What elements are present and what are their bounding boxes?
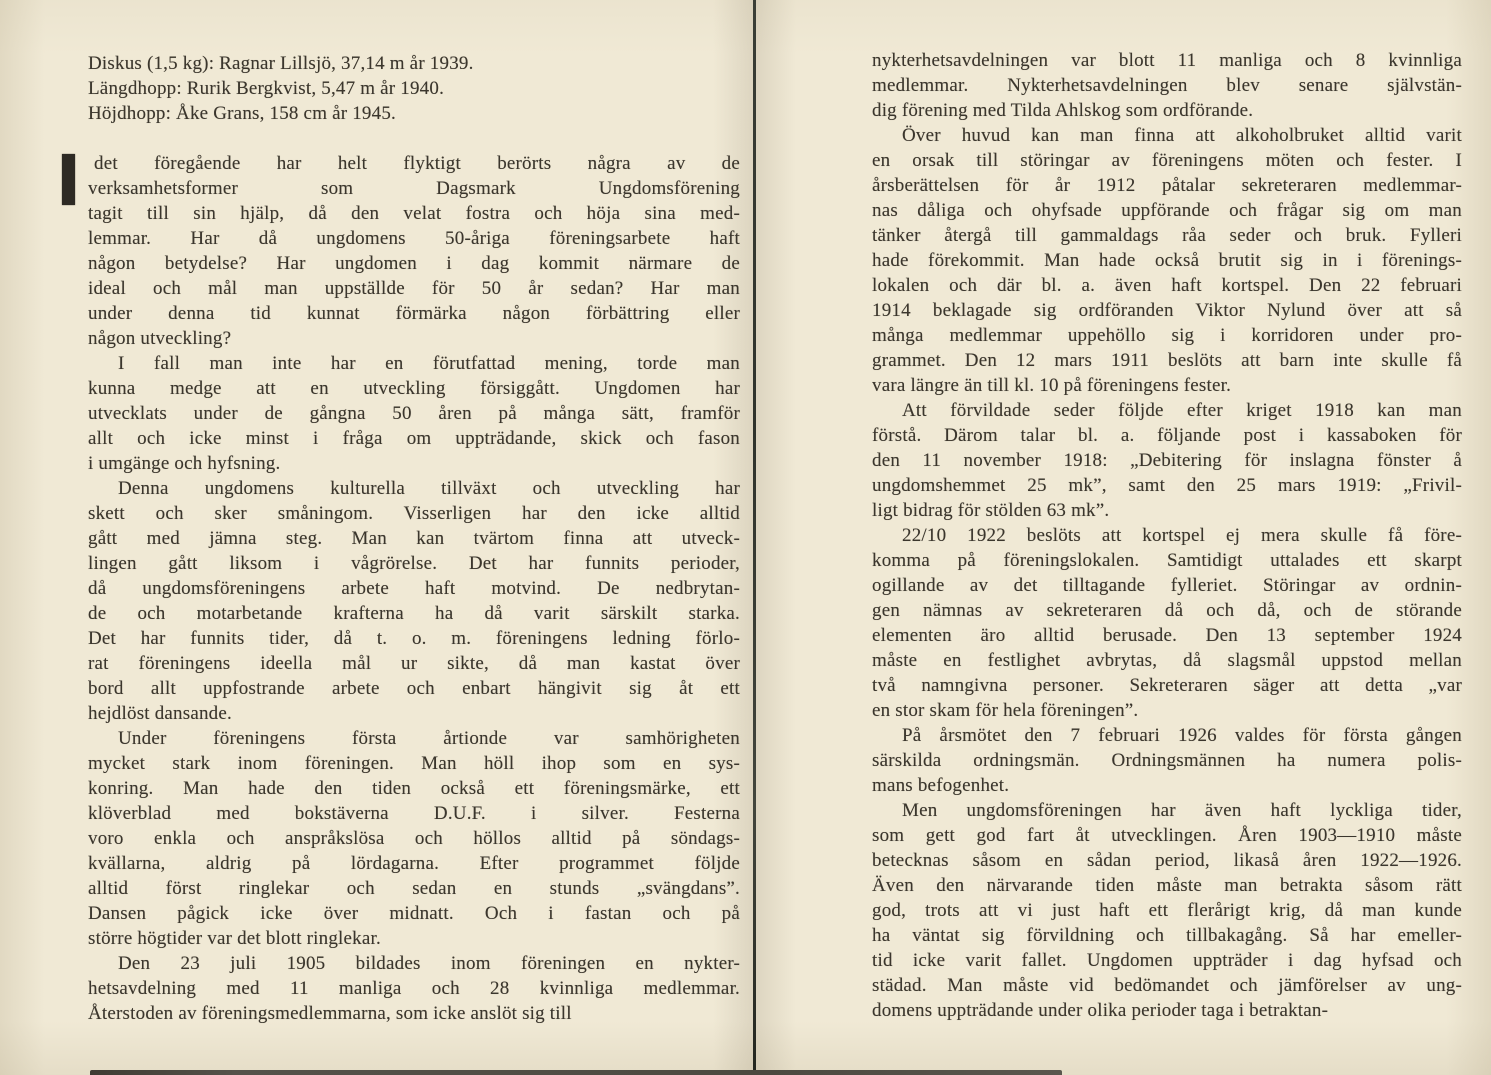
paragraph: I fall man inte har en förutfattad menin… bbox=[88, 351, 740, 476]
text-line: en orsak till störingar av föreningens m… bbox=[872, 148, 1462, 173]
text-line: ideal och mål man uppställde för 50 år s… bbox=[88, 276, 740, 301]
book-gutter-line bbox=[753, 0, 756, 1075]
text-line: tagit till sin hjälp, då den velat fostr… bbox=[88, 201, 740, 226]
text-line: Över huvud kan man finna att alkoholbruk… bbox=[872, 123, 1462, 148]
text-line: lingen gått liksom i vågrörelse. Det har… bbox=[88, 551, 740, 576]
text-line: allt och icke minst i fråga om uppträdan… bbox=[88, 426, 740, 451]
text-line: de och motarbetande krafterna ha då vari… bbox=[88, 601, 740, 626]
text-line: någon utveckling? bbox=[88, 326, 740, 351]
text-line: Att förvildade seder följde efter kriget… bbox=[872, 398, 1462, 423]
text-line: rat föreningens ideella mål ur sikte, då… bbox=[88, 651, 740, 676]
text-line: förstå. Därom talar bl. a. följande post… bbox=[872, 423, 1462, 448]
text-line: voro enkla och anspråkslösa och höllos a… bbox=[88, 826, 740, 851]
text-line: Under föreningens första årtionde var sa… bbox=[88, 726, 740, 751]
text-line: bord allt uppfostrande arbete och enbart… bbox=[88, 676, 740, 701]
text-line: kvällarna, aldrig på lördagarna. Efter p… bbox=[88, 851, 740, 876]
text-line: ligt bidrag för stölden 63 mk”. bbox=[872, 498, 1462, 523]
paragraph: Den 23 juli 1905 bildades inom föreninge… bbox=[88, 951, 740, 1026]
text-line: Dansen pågick icke över midnatt. Och i f… bbox=[88, 901, 740, 926]
text-line: hejdlöst dansande. bbox=[88, 701, 740, 726]
text-line: under denna tid kunnat förmärka någon fö… bbox=[88, 301, 740, 326]
text-line: någon betydelse? Har ungdomen i dag komm… bbox=[88, 251, 740, 276]
paragraph: nykterhetsavdelningen var blott 11 manli… bbox=[872, 48, 1462, 123]
text-line: tid icke varit fallet. Ungdomen uppträde… bbox=[872, 948, 1462, 973]
records-block: Diskus (1,5 kg): Ragnar Lillsjö, 37,14 m… bbox=[88, 51, 740, 126]
text-line: hade förekommit. Man hade också brutit s… bbox=[872, 248, 1462, 273]
text-line: medlemmar. Nykterhetsavdelningen blev se… bbox=[872, 73, 1462, 98]
text-line: 1914 beklagade sig ordföranden Viktor Ny… bbox=[872, 298, 1462, 323]
text-line: en stor skam för hela föreningen”. bbox=[872, 698, 1462, 723]
text-line: Längdhopp: Rurik Bergkvist, 5,47 m år 19… bbox=[88, 76, 740, 101]
text-line: den 11 november 1918: „Debitering för in… bbox=[872, 448, 1462, 473]
text-line: städad. Man måste vid bedömandet och jäm… bbox=[872, 973, 1462, 998]
paragraph: Att förvildade seder följde efter kriget… bbox=[872, 398, 1462, 523]
text-line: komma på föreningslokalen. Samtidigt utt… bbox=[872, 548, 1462, 573]
text-line: mans befogenhet. bbox=[872, 773, 1462, 798]
text-line: 22/10 1922 beslöts att kortspel ej mera … bbox=[872, 523, 1462, 548]
text-line: Men ungdomsföreningen har även haft lyck… bbox=[872, 798, 1462, 823]
text-line: domens uppträdande under olika perioder … bbox=[872, 998, 1462, 1023]
text-line: utvecklats under de gångna 50 åren på må… bbox=[88, 401, 740, 426]
text-line: måste en festlighet avbrytas, då slagsmå… bbox=[872, 648, 1462, 673]
text-line: Det har funnits tider, då t. o. m. fören… bbox=[88, 626, 740, 651]
text-line: nas dåliga och ohyfsade uppförande och f… bbox=[872, 198, 1462, 223]
text-line: Den 23 juli 1905 bildades inom föreninge… bbox=[88, 951, 740, 976]
text-line: klöverblad med bokstäverna D.U.F. i silv… bbox=[88, 801, 740, 826]
text-line: lokalen och där bl. a. även haft kortspe… bbox=[872, 273, 1462, 298]
text-line: i umgänge och hyfsning. bbox=[88, 451, 740, 476]
text-line: god, trots att vi just haft ett flerårig… bbox=[872, 898, 1462, 923]
text-line: det föregående har helt flyktigt berörts… bbox=[88, 151, 740, 176]
text-line: som gett god fart åt utvecklingen. Åren … bbox=[872, 823, 1462, 848]
paragraph: Över huvud kan man finna att alkoholbruk… bbox=[872, 123, 1462, 398]
text-line: alltid först ringlekar och sedan en stun… bbox=[88, 876, 740, 901]
text-line: dig förening med Tilda Ahlskog som ordfö… bbox=[872, 98, 1462, 123]
text-line: ungdomshemmet 25 mk”, samt den 25 mars 1… bbox=[872, 473, 1462, 498]
text-line: skett och sker småningom. Visserligen ha… bbox=[88, 501, 740, 526]
text-line: betecknas såsom en sådan period, likaså … bbox=[872, 848, 1462, 873]
text-line: då ungdomsföreningens arbete haft motvin… bbox=[88, 576, 740, 601]
paragraph: Men ungdomsföreningen har även haft lyck… bbox=[872, 798, 1462, 1023]
text-line: ogillande av det tilltagande fylleriet. … bbox=[872, 573, 1462, 598]
text-line: gått med jämna steg. Man kan tvärtom fin… bbox=[88, 526, 740, 551]
text-line: I fall man inte har en förutfattad menin… bbox=[88, 351, 740, 376]
text-line: ha väntat sig förvildning och tillbakagå… bbox=[872, 923, 1462, 948]
text-line: många medlemmar uppehöllo sig i korridor… bbox=[872, 323, 1462, 348]
text-line: Återstoden av föreningsmedlemmarna, som … bbox=[88, 1001, 740, 1026]
text-line: konring. Man hade den tiden också ett fö… bbox=[88, 776, 740, 801]
text-line: gen nämnas av sekreteraren då och då, oc… bbox=[872, 598, 1462, 623]
paragraph: Denna ungdomens kulturella tillväxt och … bbox=[88, 476, 740, 726]
text-line: lemmar. Har då ungdomens 50-åriga föreni… bbox=[88, 226, 740, 251]
page-right-text-column: nykterhetsavdelningen var blott 11 manli… bbox=[872, 48, 1462, 1023]
text-line: Denna ungdomens kulturella tillväxt och … bbox=[88, 476, 740, 501]
text-line: vara längre än till kl. 10 på föreningen… bbox=[872, 373, 1462, 398]
text-line: grammet. Den 12 mars 1911 beslöts att ba… bbox=[872, 348, 1462, 373]
drop-cap-initial-I bbox=[62, 154, 75, 205]
paragraph: det föregående har helt flyktigt berörts… bbox=[88, 151, 740, 351]
text-line: två namngivna personer. Sekreteraren säg… bbox=[872, 673, 1462, 698]
text-line: elementen äro alltid berusade. Den 13 se… bbox=[872, 623, 1462, 648]
text-line: årsberättelsen för år 1912 påtalar sekre… bbox=[872, 173, 1462, 198]
text-line: särskilda ordningsmän. Ordningsmännen ha… bbox=[872, 748, 1462, 773]
book-spread: Diskus (1,5 kg): Ragnar Lillsjö, 37,14 m… bbox=[0, 0, 1491, 1075]
text-line: kunna medge att en utveckling försiggått… bbox=[88, 376, 740, 401]
book-edge-shadow bbox=[90, 1070, 1062, 1075]
text-line: tänker återgå till gammaldags råa seder … bbox=[872, 223, 1462, 248]
text-line: På årsmötet den 7 februari 1926 valdes f… bbox=[872, 723, 1462, 748]
paragraph: Under föreningens första årtionde var sa… bbox=[88, 726, 740, 951]
paragraph: 22/10 1922 beslöts att kortspel ej mera … bbox=[872, 523, 1462, 723]
text-line: mycket stark inom föreningen. Man höll i… bbox=[88, 751, 740, 776]
gutter-shadow-right bbox=[756, 0, 796, 1075]
text-line: större högtider var det blott ringlekar. bbox=[88, 926, 740, 951]
text-line: hetsavdelning med 11 manliga och 28 kvin… bbox=[88, 976, 740, 1001]
text-line: Höjdhopp: Åke Grans, 158 cm år 1945. bbox=[88, 101, 740, 126]
paragraph: På årsmötet den 7 februari 1926 valdes f… bbox=[872, 723, 1462, 798]
text-line: Även den närvarande tiden måste man betr… bbox=[872, 873, 1462, 898]
page-left-text-column: Diskus (1,5 kg): Ragnar Lillsjö, 37,14 m… bbox=[88, 51, 740, 1026]
text-line: nykterhetsavdelningen var blott 11 manli… bbox=[872, 48, 1462, 73]
text-line: verksamhetsformer som Dagsmark Ungdomsfö… bbox=[88, 176, 740, 201]
text-line: Diskus (1,5 kg): Ragnar Lillsjö, 37,14 m… bbox=[88, 51, 740, 76]
